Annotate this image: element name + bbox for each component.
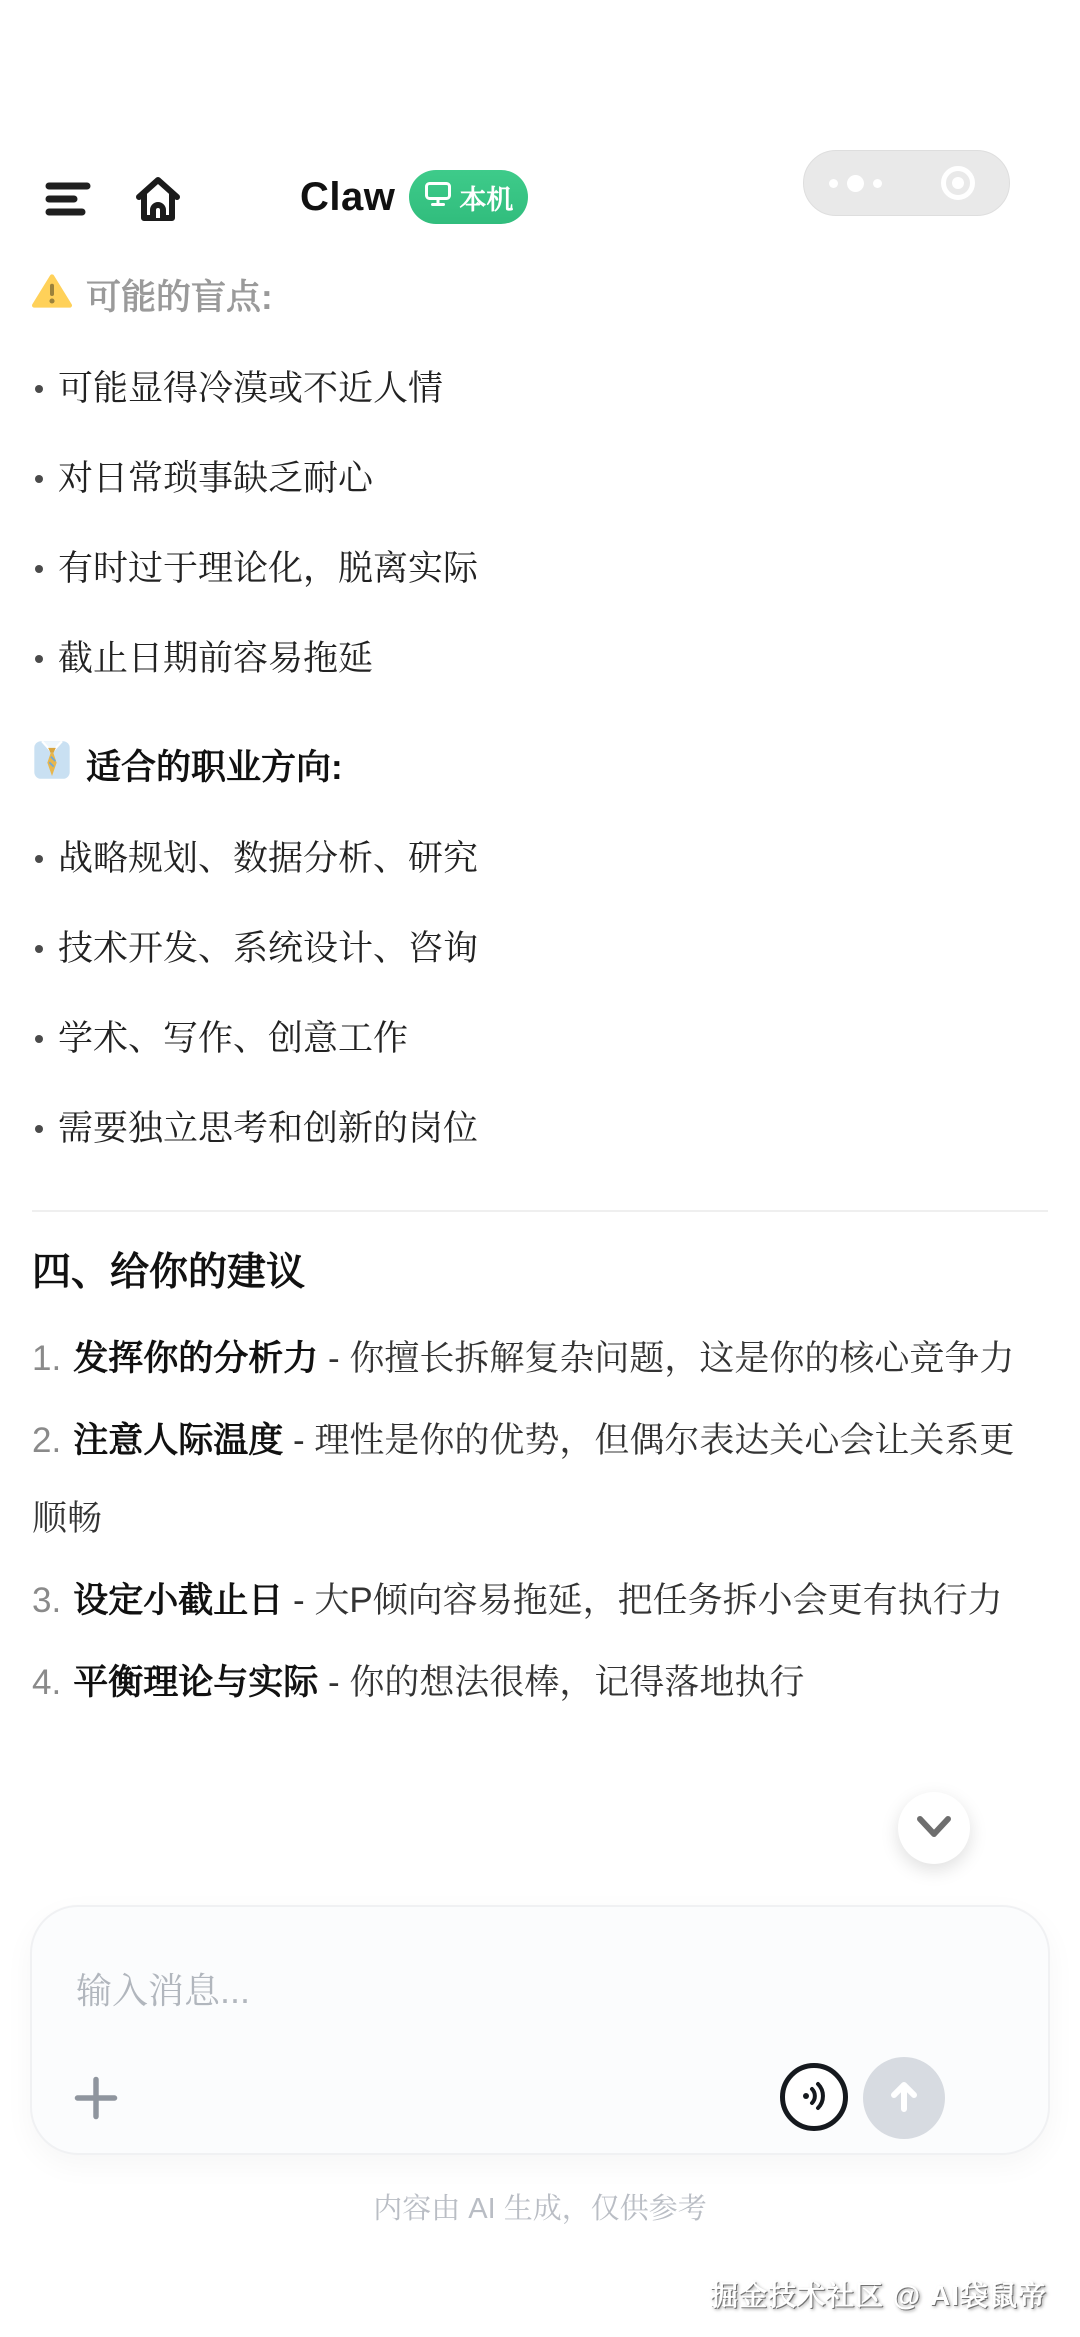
badge-label: 本机 [459, 178, 513, 217]
advice-item: 1.发挥你的分析力 - 你擅长拆解复杂问题，这是你的核心竞争力 [32, 1320, 1048, 1398]
home-button[interactable] [133, 174, 183, 227]
item-number: 3. [32, 1581, 61, 1620]
chevron-down-icon [914, 1814, 954, 1843]
list-item: 技术开发、系统设计、咨询 [32, 928, 1048, 970]
careers-heading-text: 适合的职业方向: [86, 740, 343, 790]
more-dots-icon [829, 175, 882, 192]
page-title: Claw [300, 175, 395, 220]
necktie-icon [32, 739, 72, 790]
list-item: 截止日期前容易拖延 [32, 638, 1048, 680]
advice-heading: 四、给你的建议 [32, 1241, 1048, 1297]
list-item: 有时过于理论化，脱离实际 [32, 548, 1048, 590]
blindspots-list: 可能显得冷漠或不近人情 对日常琐事缺乏耐心 有时过于理论化，脱离实际 截止日期前… [32, 368, 1048, 680]
send-button[interactable] [863, 2057, 945, 2139]
list-item: 战略规划、数据分析、研究 [32, 838, 1048, 880]
composer [30, 1905, 1050, 2155]
hamburger-menu-button[interactable] [45, 179, 93, 222]
list-item: 可能显得冷漠或不近人情 [32, 368, 1048, 410]
advice-item: 3.设定小截止日 - 大P倾向容易拖延，把任务拆小会更有执行力 [32, 1562, 1048, 1640]
item-title: 设定小截止日 [73, 1581, 283, 1620]
list-item: 需要独立思考和创新的岗位 [32, 1108, 1048, 1150]
advice-item: 4.平衡理论与实际 - 你的想法很棒，记得落地执行 [32, 1644, 1048, 1722]
voice-wave-icon [797, 2079, 831, 2116]
ai-disclaimer: 内容由 AI 生成，仅供参考 [0, 2186, 1080, 2227]
local-device-badge[interactable]: 本机 [409, 170, 528, 224]
plus-icon [72, 2074, 120, 2125]
attach-button[interactable] [68, 2071, 124, 2127]
capsule-more-button[interactable] [804, 151, 907, 215]
message-input[interactable] [76, 1965, 1004, 2017]
home-icon [133, 174, 183, 227]
item-desc: - 你擅长拆解复杂问题，这是你的核心竞争力 [318, 1339, 1014, 1378]
target-circle-icon [941, 166, 975, 200]
header-nav-icons [45, 174, 183, 227]
item-desc: - 你的想法很棒，记得落地执行 [318, 1663, 804, 1702]
careers-list: 战略规划、数据分析、研究 技术开发、系统设计、咨询 学术、写作、创意工作 需要独… [32, 838, 1048, 1150]
blindspots-heading-text: 可能的盲点: [86, 270, 273, 320]
item-title: 发挥你的分析力 [73, 1339, 318, 1378]
section-divider [32, 1210, 1048, 1212]
chat-message: 可能的盲点: 可能显得冷漠或不近人情 对日常琐事缺乏耐心 有时过于理论化，脱离实… [0, 245, 1080, 1722]
item-desc: - 大P倾向容易拖延，把任务拆小会更有执行力 [283, 1581, 1002, 1620]
item-number: 2. [32, 1421, 61, 1460]
warning-icon [32, 273, 72, 318]
voice-input-button[interactable] [780, 2063, 848, 2131]
scroll-to-bottom-button[interactable] [898, 1792, 970, 1864]
item-number: 4. [32, 1663, 61, 1702]
advice-item: 2.注意人际温度 - 理性是你的优势，但偶尔表达关心会让关系更顺畅 [32, 1402, 1048, 1558]
watermark: 掘金技术社区 @ AI袋鼠帝 [710, 2274, 1047, 2314]
title-area: Claw 本机 [300, 170, 528, 224]
header: Claw 本机 [0, 140, 1080, 240]
item-number: 1. [32, 1339, 61, 1378]
list-item: 学术、写作、创意工作 [32, 1018, 1048, 1060]
list-item: 对日常琐事缺乏耐心 [32, 458, 1048, 500]
claw-chat-page: Claw 本机 [0, 0, 1080, 2337]
miniprogram-capsule [803, 150, 1010, 216]
item-title: 平衡理论与实际 [73, 1663, 318, 1702]
blindspots-heading: 可能的盲点: [32, 270, 1048, 320]
monitor-icon [424, 181, 452, 214]
capsule-close-button[interactable] [907, 151, 1010, 215]
arrow-up-icon [883, 2076, 925, 2121]
hamburger-icon [45, 179, 93, 222]
advice-list: 1.发挥你的分析力 - 你擅长拆解复杂问题，这是你的核心竞争力 2.注意人际温度… [32, 1320, 1048, 1722]
item-title: 注意人际温度 [73, 1421, 283, 1460]
careers-heading: 适合的职业方向: [32, 739, 1048, 790]
